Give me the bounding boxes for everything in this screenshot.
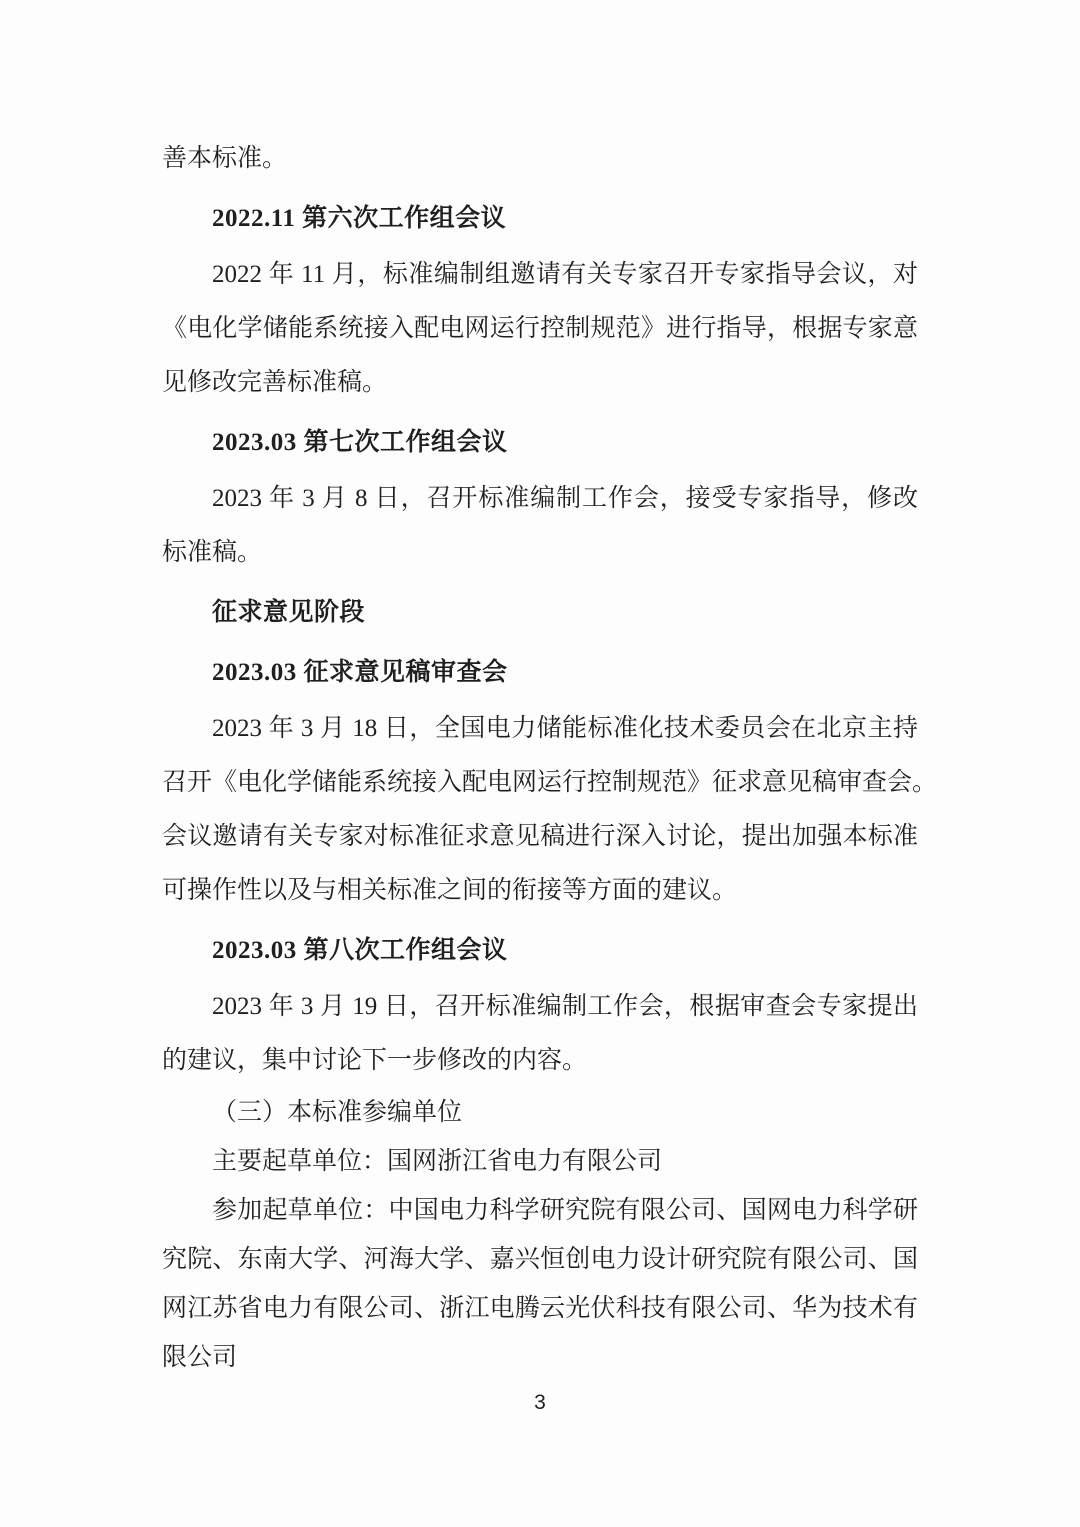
body-line: 召开《电化学储能系统接入配电网运行控制规范》征求意见稿审查会。 [162, 756, 918, 810]
body-line: 的建议，集中讨论下一步修改的内容。 [162, 1034, 918, 1088]
body-line: 2023 年 3 月 19 日，召开标准编制工作会，根据审查会专家提出 [162, 980, 918, 1034]
body-line: 《电化学储能系统接入配电网运行控制规范》进行指导，根据专家意 [162, 302, 918, 356]
document-page: 善本标准。2022.11 第六次工作组会议2022 年 11 月，标准编制组邀请… [0, 0, 1080, 1527]
heading-line: 2023.03 第七次工作组会议 [162, 416, 918, 470]
body-line: 2023 年 3 月 18 日，全国电力储能标准化技术委员会在北京主持 [162, 702, 918, 756]
body-line: 见修改完善标准稿。 [162, 356, 918, 410]
heading-line: 2022.11 第六次工作组会议 [162, 192, 918, 246]
body-line: 会议邀请有关专家对标准征求意见稿进行深入讨论，提出加强本标准 [162, 810, 918, 864]
body-line: 可操作性以及与相关标准之间的衔接等方面的建议。 [162, 864, 918, 918]
body-line: 2023 年 3 月 8 日，召开标准编制工作会，接受专家指导，修改 [162, 472, 918, 526]
body-line: 善本标准。 [162, 132, 918, 186]
body-line: 参加起草单位：中国电力科学研究院有限公司、国网电力科学研 [162, 1186, 918, 1235]
body-line: 网江苏省电力有限公司、浙江电腾云光伏科技有限公司、华为技术有 [162, 1284, 918, 1333]
document-body: 善本标准。2022.11 第六次工作组会议2022 年 11 月，标准编制组邀请… [162, 132, 918, 1382]
body-line: 限公司 [162, 1333, 918, 1382]
page-number: 3 [0, 1391, 1080, 1415]
body-line: 主要起草单位：国网浙江省电力有限公司 [162, 1137, 918, 1186]
body-line: 标准稿。 [162, 526, 918, 580]
body-line: 2022 年 11 月，标准编制组邀请有关专家召开专家指导会议，对 [162, 248, 918, 302]
heading-line: 征求意见阶段 [162, 586, 918, 640]
heading-line: 2023.03 第八次工作组会议 [162, 924, 918, 978]
body-line: （三）本标准参编单位 [162, 1088, 918, 1137]
heading-line: 2023.03 征求意见稿审查会 [162, 646, 918, 700]
body-line: 究院、东南大学、河海大学、嘉兴恒创电力设计研究院有限公司、国 [162, 1235, 918, 1284]
